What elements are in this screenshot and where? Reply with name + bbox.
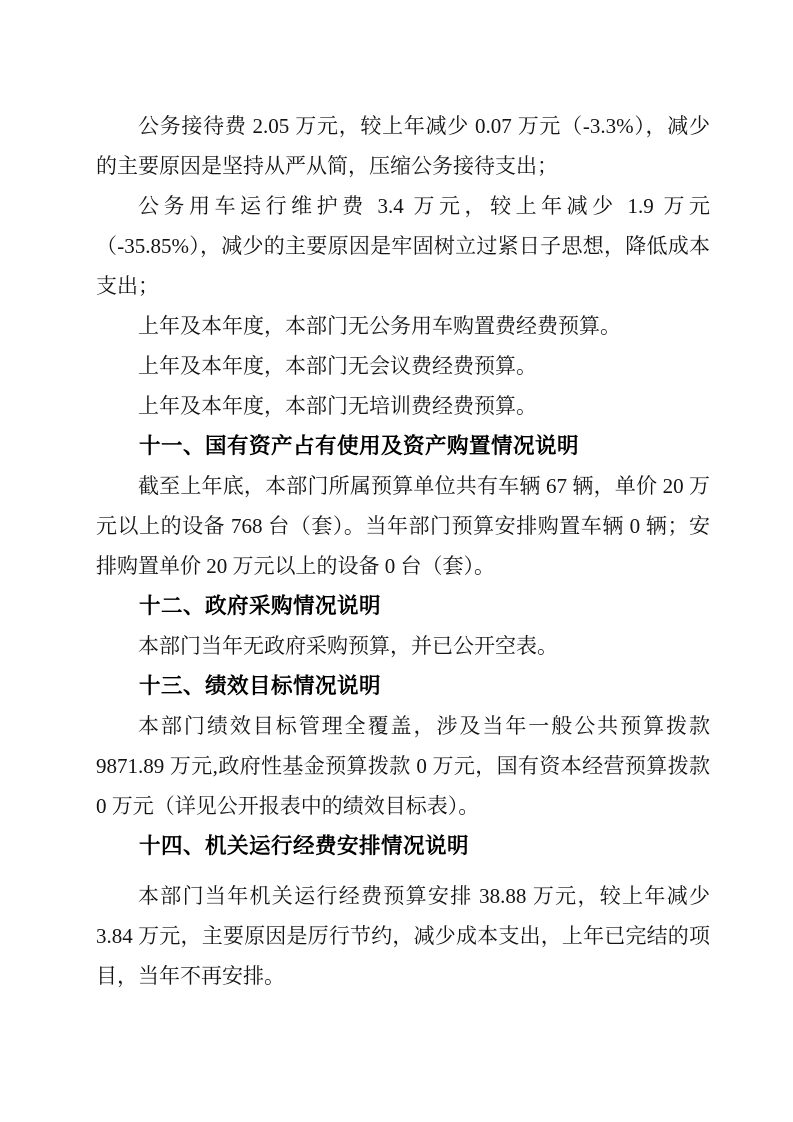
paragraph-no-meeting-budget: 上年及本年度，本部门无会议费经费预算。	[96, 346, 710, 386]
paragraph-vehicle-operation-expense: 公务用车运行维护费 3.4 万元，较上年减少 1.9 万元（-35.85%），减…	[96, 186, 710, 306]
heading-section-14-operating-funds: 十四、机关运行经费安排情况说明	[96, 826, 710, 866]
heading-section-13-performance-targets: 十三、绩效目标情况说明	[96, 666, 710, 706]
paragraph-no-vehicle-purchase-budget: 上年及本年度，本部门无公务用车购置费经费预算。	[96, 306, 710, 346]
paragraph-operating-funds-detail: 本部门当年机关运行经费预算安排 38.88 万元，较上年减少 3.84 万元，主…	[96, 876, 710, 996]
document-page: 公务接待费 2.05 万元，较上年减少 0.07 万元（-3.3%），减少的主要…	[0, 0, 793, 1122]
heading-section-12-procurement: 十二、政府采购情况说明	[96, 586, 710, 626]
paragraph-official-reception-expense: 公务接待费 2.05 万元，较上年减少 0.07 万元（-3.3%），减少的主要…	[96, 106, 710, 186]
paragraph-no-training-budget: 上年及本年度，本部门无培训费经费预算。	[96, 386, 710, 426]
paragraph-procurement-detail: 本部门当年无政府采购预算，并已公开空表。	[96, 626, 710, 666]
paragraph-state-assets-detail: 截至上年底，本部门所属预算单位共有车辆 67 辆，单价 20 万元以上的设备 7…	[96, 466, 710, 586]
paragraph-performance-targets-detail: 本部门绩效目标管理全覆盖，涉及当年一般公共预算拨款 9871.89 万元,政府性…	[96, 706, 710, 826]
heading-section-11-state-assets: 十一、国有资产占有使用及资产购置情况说明	[96, 426, 710, 466]
